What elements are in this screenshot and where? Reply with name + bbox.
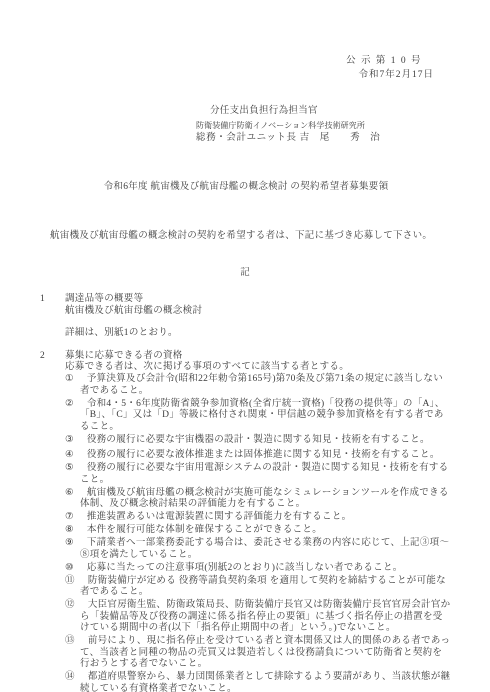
issuer-position-and-name: 総務・会計ユニット長 吉 尾 秀 治 [196, 132, 452, 146]
qualification-item: ④役務の履行に必要な液体推進または固体推進に関する知見・技術を有すること。 [65, 450, 452, 462]
item-text: 下請業者へ一部業務委託する場合は、委託させる業務の内容に応じて、上記③項～⑧項を… [80, 538, 449, 560]
item-marker: ⑦ [65, 512, 74, 522]
qualification-item: ⑥航宙機及び航宙母艦の概念検討が実施可能なシミュレーションツールを作成できる体制… [65, 488, 452, 511]
detail-note: 詳細は、別紙1のとおり。 [65, 328, 452, 340]
item-text: 都道府県警察から、暴力団関係業者として排除するよう要請があり、当該状態が継続して… [80, 672, 450, 692]
qualification-item: ⑦推進装置あるいは電源装置に関する評価能力を有すること。 [65, 512, 452, 524]
item-marker: ④ [65, 450, 74, 460]
qualification-item: ②令和4・5・6年度防衛省競争参加資格(全省庁統一資格)「役務の提供等」の「A」… [65, 399, 452, 434]
item-marker: ⑧ [65, 525, 74, 535]
item-marker: ⑥ [65, 488, 74, 498]
qualification-item: ⑪防衛装備庁が定める 役務等請負契約条項 を適用して契約を締結することが可能な者… [65, 576, 452, 599]
item-text: 令和4・5・6年度防衛省競争参加資格(全省庁統一資格)「役務の提供等」の「A」、… [80, 399, 445, 432]
qualification-item: ⑩応募に当たっての注意事項(別紙2のとおり)に該当しない者であること。 [65, 563, 452, 575]
item-marker: ⑤ [65, 463, 74, 473]
item-text: 防衛装備庁が定める 役務等請負契約条項 を適用して契約を締結することが可能な者で… [80, 576, 446, 598]
item-marker: ⑨ [65, 538, 74, 548]
document-title: 令和6年度 航宙機及び航宙母艦の概念検討 の契約希望者募集要領 [40, 182, 452, 194]
qualification-item: ①予算決算及び会計令(昭和22年勅令第165号)第70条及び第71条の規定に該当… [65, 374, 452, 397]
item-text: 大臣官房衛生監、防衛政策局長、防衛装備庁長官又は防衛装備庁長官官房会計官から「装… [80, 600, 450, 633]
qualification-item: ⑤役務の履行に必要な宇宙用電源システムの設計・製造に関する知見・技術を有すること… [65, 463, 452, 486]
item-marker: ② [65, 399, 74, 409]
section-1-heading: 調達品等の概要等 [65, 294, 143, 304]
section-1-number: 1 [40, 294, 65, 306]
section-2-heading: 募集に応募できる者の資格 [65, 351, 183, 361]
item-text: 航宙機及び航宙母艦の概念検討が実施可能なシミュレーションツールを作成できる体制、… [80, 488, 449, 510]
record-marker: 記 [40, 268, 452, 280]
issuer-role: 分任支出負担行為担当官 [196, 105, 452, 119]
qualification-item: ③役務の履行に必要な宇宙機器の設計・製造に関する知見・技術を有すること。 [65, 435, 452, 447]
qualification-items: ①予算決算及び会計令(昭和22年勅令第165号)第70条及び第71条の規定に該当… [65, 374, 452, 692]
item-marker: ⑬ [65, 636, 75, 646]
document-page: 公 示 第 1 0 号 令和7年2月17日 分任支出負担行為担当官 防衛装備庁防… [0, 0, 490, 692]
item-text: 予算決算及び会計令(昭和22年勅令第165号)第70条及び第71条の規定に該当し… [80, 374, 443, 396]
item-marker: ③ [65, 435, 74, 445]
item-text: 役務の履行に必要な液体推進または固体推進に関する知見・技術を有すること。 [87, 450, 440, 460]
item-marker: ⑩ [65, 563, 74, 573]
notice-number: 公 示 第 1 0 号 [40, 54, 422, 68]
qualification-item: ⑨下請業者へ一部業務委託する場合は、委託させる業務の内容に応じて、上記③項～⑧項… [65, 538, 452, 561]
item-marker: ⑭ [65, 672, 75, 682]
qualification-item: ⑭都道府県警察から、暴力団関係業者として排除するよう要請があり、当該状態が継続し… [65, 672, 452, 692]
section-2-heading-row: 2募集に応募できる者の資格 [40, 351, 452, 363]
qualification-item: ⑧本件を履行可能な体制を確保することができること。 [65, 525, 452, 537]
section-procurement-overview: 1調達品等の概要等 航宙機及び航宙母艦の概念検討 詳細は、別紙1のとおり。 [40, 294, 452, 340]
section-1-body: 航宙機及び航宙母艦の概念検討 [65, 306, 452, 318]
item-marker: ⑪ [65, 576, 75, 586]
section-1-heading-row: 1調達品等の概要等 [40, 294, 452, 306]
section-2-number: 2 [40, 351, 65, 363]
item-marker: ⑫ [65, 600, 75, 610]
issuer-organization: 防衛装備庁防衛イノベーション科学技術研究所 [196, 119, 452, 133]
qualification-item: ⑬前号により、現に指名停止を受けている者と資本関係又は人的関係のある者であって、… [65, 636, 452, 671]
item-text: 役務の履行に必要な宇宙機器の設計・製造に関する知見・技術を有すること。 [87, 435, 430, 445]
item-marker: ① [65, 374, 74, 384]
item-text: 前号により、現に指名停止を受けている者と資本関係又は人的関係のある者であって、当… [80, 636, 450, 669]
item-text: 応募に当たっての注意事項(別紙2のとおり)に該当しない者であること。 [87, 563, 403, 573]
document-date: 令和7年2月17日 [40, 68, 434, 82]
qualification-item: ⑫大臣官房衛生監、防衛政策局長、防衛装備庁長官又は防衛装備庁長官官房会計官から「… [65, 600, 452, 635]
issuer-block: 分任支出負担行為担当官 防衛装備庁防衛イノベーション科学技術研究所 総務・会計ユ… [196, 105, 452, 146]
item-text: 本件を履行可能な体制を確保することができること。 [87, 525, 322, 535]
item-text: 役務の履行に必要な宇宙用電源システムの設計・製造に関する知見・技術を有すること。 [80, 463, 448, 485]
section-2-lead: 応募できる者は、次に掲げる事項のすべてに該当する者とする。 [65, 362, 452, 374]
section-applicant-qualifications: 2募集に応募できる者の資格 応募できる者は、次に掲げる事項のすべてに該当する者と… [40, 351, 452, 692]
intro-paragraph: 航宙機及び航宙母艦の概念検討の契約を希望する者は、下記に基づき応募して下さい。 [40, 231, 438, 243]
document-header: 公 示 第 1 0 号 令和7年2月17日 [40, 54, 452, 82]
item-text: 推進装置あるいは電源装置に関する評価能力を有すること。 [87, 512, 352, 522]
